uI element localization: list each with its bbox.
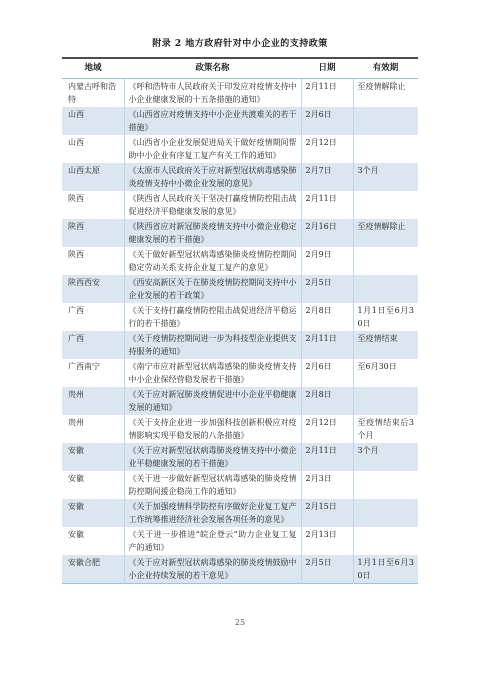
- table-row: 贵州《关于应对新冠肺炎疫情促进中小企业平稳健康发展的通知》2月8日: [62, 387, 418, 415]
- validity-cell: 至疫情结束后3个月: [353, 415, 418, 443]
- policy-cell: 《关于支持打赢疫情防控阻击战促进经济平稳运行的若干措施》: [124, 303, 301, 331]
- validity-cell: [353, 471, 418, 499]
- date-cell: 2月11日: [301, 79, 353, 108]
- date-cell: 2月3日: [301, 471, 353, 499]
- policy-cell: 《关于应对新冠肺炎疫情促进中小企业平稳健康发展的通知》: [124, 387, 301, 415]
- policy-cell: 《关于加强疫情科学防控有序做好企业复工复产工作统筹推进经济社会发展各项任务的意见…: [124, 499, 301, 527]
- date-cell: 2月6日: [301, 359, 353, 387]
- policy-cell: 《关于做好新型冠状病毒感染肺炎疫情防控期间稳定劳动关系支持企业复工复产的意见》: [124, 247, 301, 275]
- policy-cell: 《山西省应对疫情支持中小企业共渡难关的若干措施》: [124, 107, 301, 135]
- appendix-title: 附录 2 地方政府针对中小企业的支持政策: [0, 0, 480, 49]
- policy-cell: 《关于支持企业进一步加强科技创新积极应对疫情影响实现平稳发展的八条措施》: [124, 415, 301, 443]
- region-cell: 贵州: [62, 387, 124, 415]
- region-cell: 陕西: [62, 247, 124, 275]
- date-cell: 2月12日: [301, 135, 353, 163]
- policy-cell: 《关于进一步推进“皖企登云”助力企业复工复产的通知》: [124, 527, 301, 555]
- table-row: 陕西《陕西省人民政府关于坚决打赢疫情防控阻击战促进经济平稳健康发展的意见》2月1…: [62, 191, 418, 219]
- date-cell: 2月11日: [301, 443, 353, 471]
- document-page: 附录 2 地方政府针对中小企业的支持政策 地域 政策名称 日期 有效期 内蒙古呼…: [0, 0, 480, 679]
- validity-cell: [353, 135, 418, 163]
- validity-cell: [353, 107, 418, 135]
- validity-cell: 1月1日至6月30日: [353, 555, 418, 584]
- column-header-date: 日期: [301, 58, 353, 79]
- policy-cell: 《关于应对新型冠状病毒肺炎疫情支持中小微企业平稳健康发展的若干措施》: [124, 443, 301, 471]
- date-cell: 2月11日: [301, 331, 353, 359]
- policy-cell: 《山西省小企业发展促进局关于做好疫情期间帮助中小企业有序复工复产有关工作的通知》: [124, 135, 301, 163]
- region-cell: 山西: [62, 107, 124, 135]
- table-row: 广西南宁《南宁市应对新型冠状病毒感染的肺炎疫情支持中小企业保经营稳发展若干措施》…: [62, 359, 418, 387]
- validity-cell: 3个月: [353, 443, 418, 471]
- table-row: 安徽《关于进一步做好新型冠状病毒感染的肺炎疫情防控期间援企稳岗工作的通知》2月3…: [62, 471, 418, 499]
- table-row: 安徽合肥《关于应对新型冠状病毒感染的肺炎疫情鼓励中小企业持续发展的若干意见》2月…: [62, 555, 418, 584]
- date-cell: 2月9日: [301, 247, 353, 275]
- validity-cell: 至疫情解除止: [353, 219, 418, 247]
- table-row: 贵州《关于支持企业进一步加强科技创新积极应对疫情影响实现平稳发展的八条措施》2月…: [62, 415, 418, 443]
- validity-cell: [353, 527, 418, 555]
- policy-cell: 《陕西省人民政府关于坚决打赢疫情防控阻击战促进经济平稳健康发展的意见》: [124, 191, 301, 219]
- region-cell: 安徽: [62, 443, 124, 471]
- validity-cell: [353, 247, 418, 275]
- table-row: 广西《关于支持打赢疫情防控阻击战促进经济平稳运行的若干措施》2月8日1月1日至6…: [62, 303, 418, 331]
- table-row: 陕西西安《西安高新区关于在肺炎疫情防控期间支持中小企业发展的若干政策》2月5日: [62, 275, 418, 303]
- region-cell: 陕西西安: [62, 275, 124, 303]
- region-cell: 广西: [62, 303, 124, 331]
- date-cell: 2月8日: [301, 387, 353, 415]
- region-cell: 陕西: [62, 191, 124, 219]
- table-row: 内蒙古呼和浩特《呼和浩特市人民政府关于印发应对疫情支持中小企业健康发展的十五条措…: [62, 79, 418, 108]
- date-cell: 2月5日: [301, 555, 353, 584]
- date-cell: 2月11日: [301, 191, 353, 219]
- region-cell: 安徽: [62, 527, 124, 555]
- region-cell: 山西太原: [62, 163, 124, 191]
- validity-cell: 至疫情解除止: [353, 79, 418, 108]
- region-cell: 安徽合肥: [62, 555, 124, 584]
- date-cell: 2月12日: [301, 415, 353, 443]
- policy-cell: 《南宁市应对新型冠状病毒感染的肺炎疫情支持中小企业保经营稳发展若干措施》: [124, 359, 301, 387]
- region-cell: 安徽: [62, 499, 124, 527]
- table-row: 山西《山西省小企业发展促进局关于做好疫情期间帮助中小企业有序复工复产有关工作的通…: [62, 135, 418, 163]
- table-row: 安徽《关于应对新型冠状病毒肺炎疫情支持中小微企业平稳健康发展的若干措施》2月11…: [62, 443, 418, 471]
- table-row: 山西《山西省应对疫情支持中小企业共渡难关的若干措施》2月6日: [62, 107, 418, 135]
- validity-cell: 至疫情结束: [353, 331, 418, 359]
- policy-cell: 《西安高新区关于在肺炎疫情防控期间支持中小企业发展的若干政策》: [124, 275, 301, 303]
- policy-cell: 《关于应对新型冠状病毒感染的肺炎疫情鼓励中小企业持续发展的若干意见》: [124, 555, 301, 584]
- table-row: 陕西《陕西省应对新冠肺炎疫情支持中小微企业稳定健康发展的若干措施》2月16日至疫…: [62, 219, 418, 247]
- region-cell: 陕西: [62, 219, 124, 247]
- date-cell: 2月8日: [301, 303, 353, 331]
- table-row: 安徽《关于加强疫情科学防控有序做好企业复工复产工作统筹推进经济社会发展各项任务的…: [62, 499, 418, 527]
- validity-cell: [353, 387, 418, 415]
- column-header-validity: 有效期: [353, 58, 418, 79]
- column-header-policy: 政策名称: [124, 58, 301, 79]
- validity-cell: [353, 275, 418, 303]
- table-row: 广西《关于疫情防控期间进一步为科技型企业提供支持服务的通知》2月11日至疫情结束: [62, 331, 418, 359]
- date-cell: 2月15日: [301, 499, 353, 527]
- date-cell: 2月6日: [301, 107, 353, 135]
- table-row: 山西太原《太原市人民政府关于应对新型冠状病毒感染肺炎疫情支持中小微企业发展的意见…: [62, 163, 418, 191]
- region-cell: 山西: [62, 135, 124, 163]
- region-cell: 广西南宁: [62, 359, 124, 387]
- date-cell: 2月13日: [301, 527, 353, 555]
- validity-cell: 1月1日至6月30日: [353, 303, 418, 331]
- table-row: 安徽《关于进一步推进“皖企登云”助力企业复工复产的通知》2月13日: [62, 527, 418, 555]
- column-header-region: 地域: [62, 58, 124, 79]
- validity-cell: 至6月30日: [353, 359, 418, 387]
- validity-cell: [353, 191, 418, 219]
- region-cell: 贵州: [62, 415, 124, 443]
- policy-cell: 《太原市人民政府关于应对新型冠状病毒感染肺炎疫情支持中小微企业发展的意见》: [124, 163, 301, 191]
- policy-cell: 《陕西省应对新冠肺炎疫情支持中小微企业稳定健康发展的若干措施》: [124, 219, 301, 247]
- validity-cell: [353, 499, 418, 527]
- region-cell: 内蒙古呼和浩特: [62, 79, 124, 108]
- date-cell: 2月7日: [301, 163, 353, 191]
- date-cell: 2月5日: [301, 275, 353, 303]
- policy-cell: 《关于疫情防控期间进一步为科技型企业提供支持服务的通知》: [124, 331, 301, 359]
- policy-table: 地域 政策名称 日期 有效期 内蒙古呼和浩特《呼和浩特市人民政府关于印发应对疫情…: [62, 57, 418, 584]
- region-cell: 广西: [62, 331, 124, 359]
- table-row: 陕西《关于做好新型冠状病毒感染肺炎疫情防控期间稳定劳动关系支持企业复工复产的意见…: [62, 247, 418, 275]
- table-body: 内蒙古呼和浩特《呼和浩特市人民政府关于印发应对疫情支持中小企业健康发展的十五条措…: [62, 79, 418, 584]
- policy-cell: 《呼和浩特市人民政府关于印发应对疫情支持中小企业健康发展的十五条措施的通知》: [124, 79, 301, 108]
- region-cell: 安徽: [62, 471, 124, 499]
- validity-cell: 3个月: [353, 163, 418, 191]
- table-header-row: 地域 政策名称 日期 有效期: [62, 58, 418, 79]
- page-number: 25: [0, 618, 480, 627]
- date-cell: 2月16日: [301, 219, 353, 247]
- policy-cell: 《关于进一步做好新型冠状病毒感染的肺炎疫情防控期间援企稳岗工作的通知》: [124, 471, 301, 499]
